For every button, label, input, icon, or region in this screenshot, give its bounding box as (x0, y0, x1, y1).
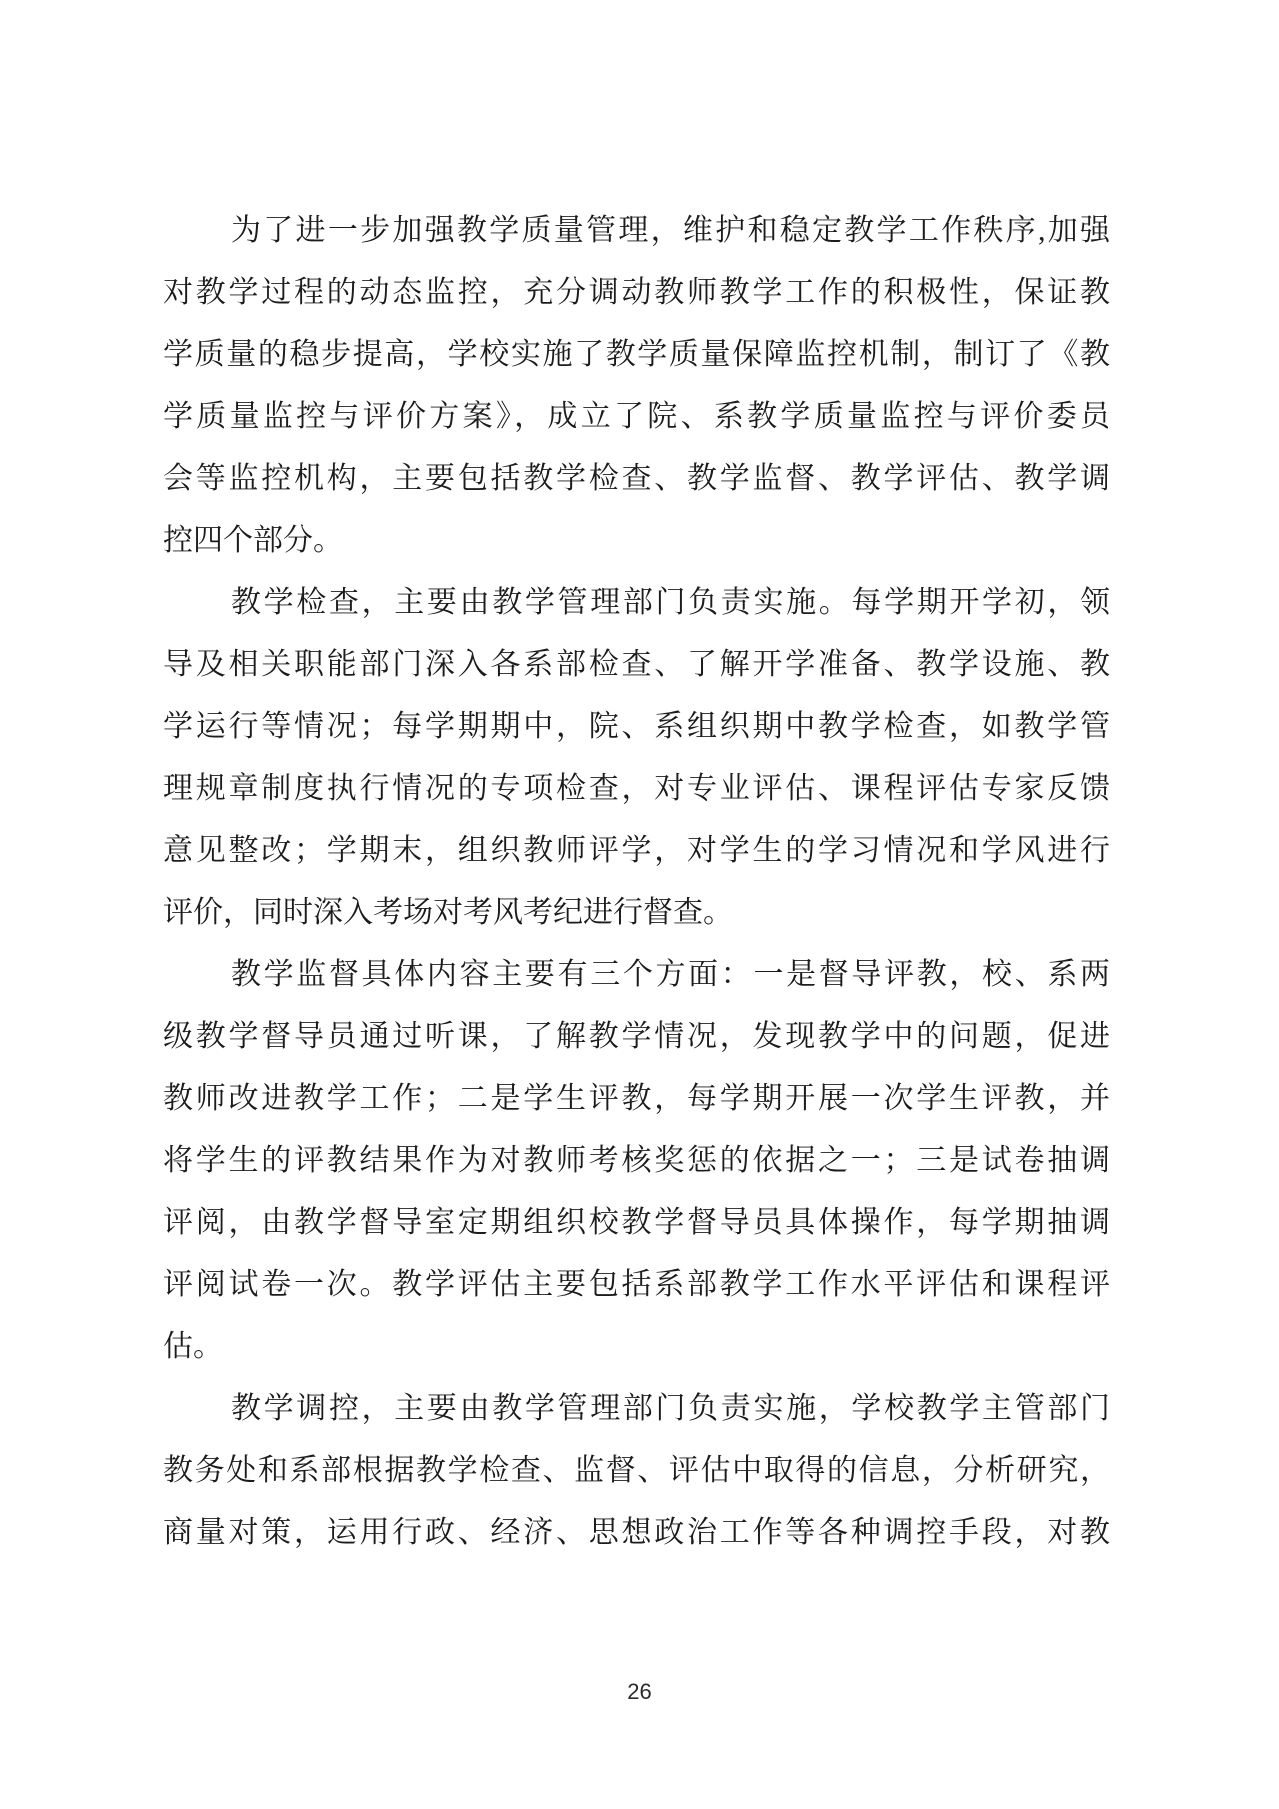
text-line: 会等监控机构，主要包括教学检查、教学监督、教学评估、教学调 (163, 448, 1110, 510)
text-line: 将学生的评教结果作为对教师考核奖惩的依据之一；三是试卷抽调 (163, 1130, 1110, 1192)
text-line: 商量对策，运用行政、经济、思想政治工作等各种调控手段，对教 (163, 1502, 1110, 1564)
text-line: 导及相关职能部门深入各系部检查、了解开学准备、教学设施、教 (163, 634, 1110, 696)
paragraph: 为了进一步加强教学质量管理，维护和稳定教学工作秩序,加强对教学过程的动态监控，充… (163, 200, 1110, 572)
paragraph: 教学调控，主要由教学管理部门负责实施，学校教学主管部门教务处和系部根据教学检查、… (163, 1378, 1110, 1564)
text-line: 级教学督导员通过听课，了解教学情况，发现教学中的问题，促进 (163, 1006, 1110, 1068)
document-page: 为了进一步加强教学质量管理，维护和稳定教学工作秩序,加强对教学过程的动态监控，充… (0, 0, 1279, 1809)
text-line: 评价，同时深入考场对考风考纪进行督查。 (163, 882, 1110, 944)
text-line: 意见整改；学期末，组织教师评学，对学生的学习情况和学风进行 (163, 820, 1110, 882)
text-line: 教学监督具体内容主要有三个方面：一是督导评教，校、系两 (163, 944, 1110, 1006)
text-line: 控四个部分。 (163, 510, 1110, 572)
page-number: 26 (0, 1674, 1279, 1710)
paragraph: 教学监督具体内容主要有三个方面：一是督导评教，校、系两级教学督导员通过听课，了解… (163, 944, 1110, 1378)
text-line: 估。 (163, 1316, 1110, 1378)
text-line: 教学调控，主要由教学管理部门负责实施，学校教学主管部门 (163, 1378, 1110, 1440)
text-line: 为了进一步加强教学质量管理，维护和稳定教学工作秩序,加强 (163, 200, 1110, 262)
text-line: 学质量监控与评价方案》，成立了院、系教学质量监控与评价委员 (163, 386, 1110, 448)
text-line: 对教学过程的动态监控，充分调动教师教学工作的积极性，保证教 (163, 262, 1110, 324)
text-line: 教务处和系部根据教学检查、监督、评估中取得的信息，分析研究， (163, 1440, 1110, 1502)
paragraph: 教学检查，主要由教学管理部门负责实施。每学期开学初，领导及相关职能部门深入各系部… (163, 572, 1110, 944)
text-line: 学运行等情况；每学期期中，院、系组织期中教学检查，如教学管 (163, 696, 1110, 758)
text-line: 教学检查，主要由教学管理部门负责实施。每学期开学初，领 (163, 572, 1110, 634)
document-body: 为了进一步加强教学质量管理，维护和稳定教学工作秩序,加强对教学过程的动态监控，充… (163, 200, 1110, 1564)
text-line: 教师改进教学工作；二是学生评教，每学期开展一次学生评教，并 (163, 1068, 1110, 1130)
text-line: 理规章制度执行情况的专项检查，对专业评估、课程评估专家反馈 (163, 758, 1110, 820)
text-line: 评阅，由教学督导室定期组织校教学督导员具体操作，每学期抽调 (163, 1192, 1110, 1254)
text-line: 评阅试卷一次。教学评估主要包括系部教学工作水平评估和课程评 (163, 1254, 1110, 1316)
text-line: 学质量的稳步提高，学校实施了教学质量保障监控机制，制订了《教 (163, 324, 1110, 386)
